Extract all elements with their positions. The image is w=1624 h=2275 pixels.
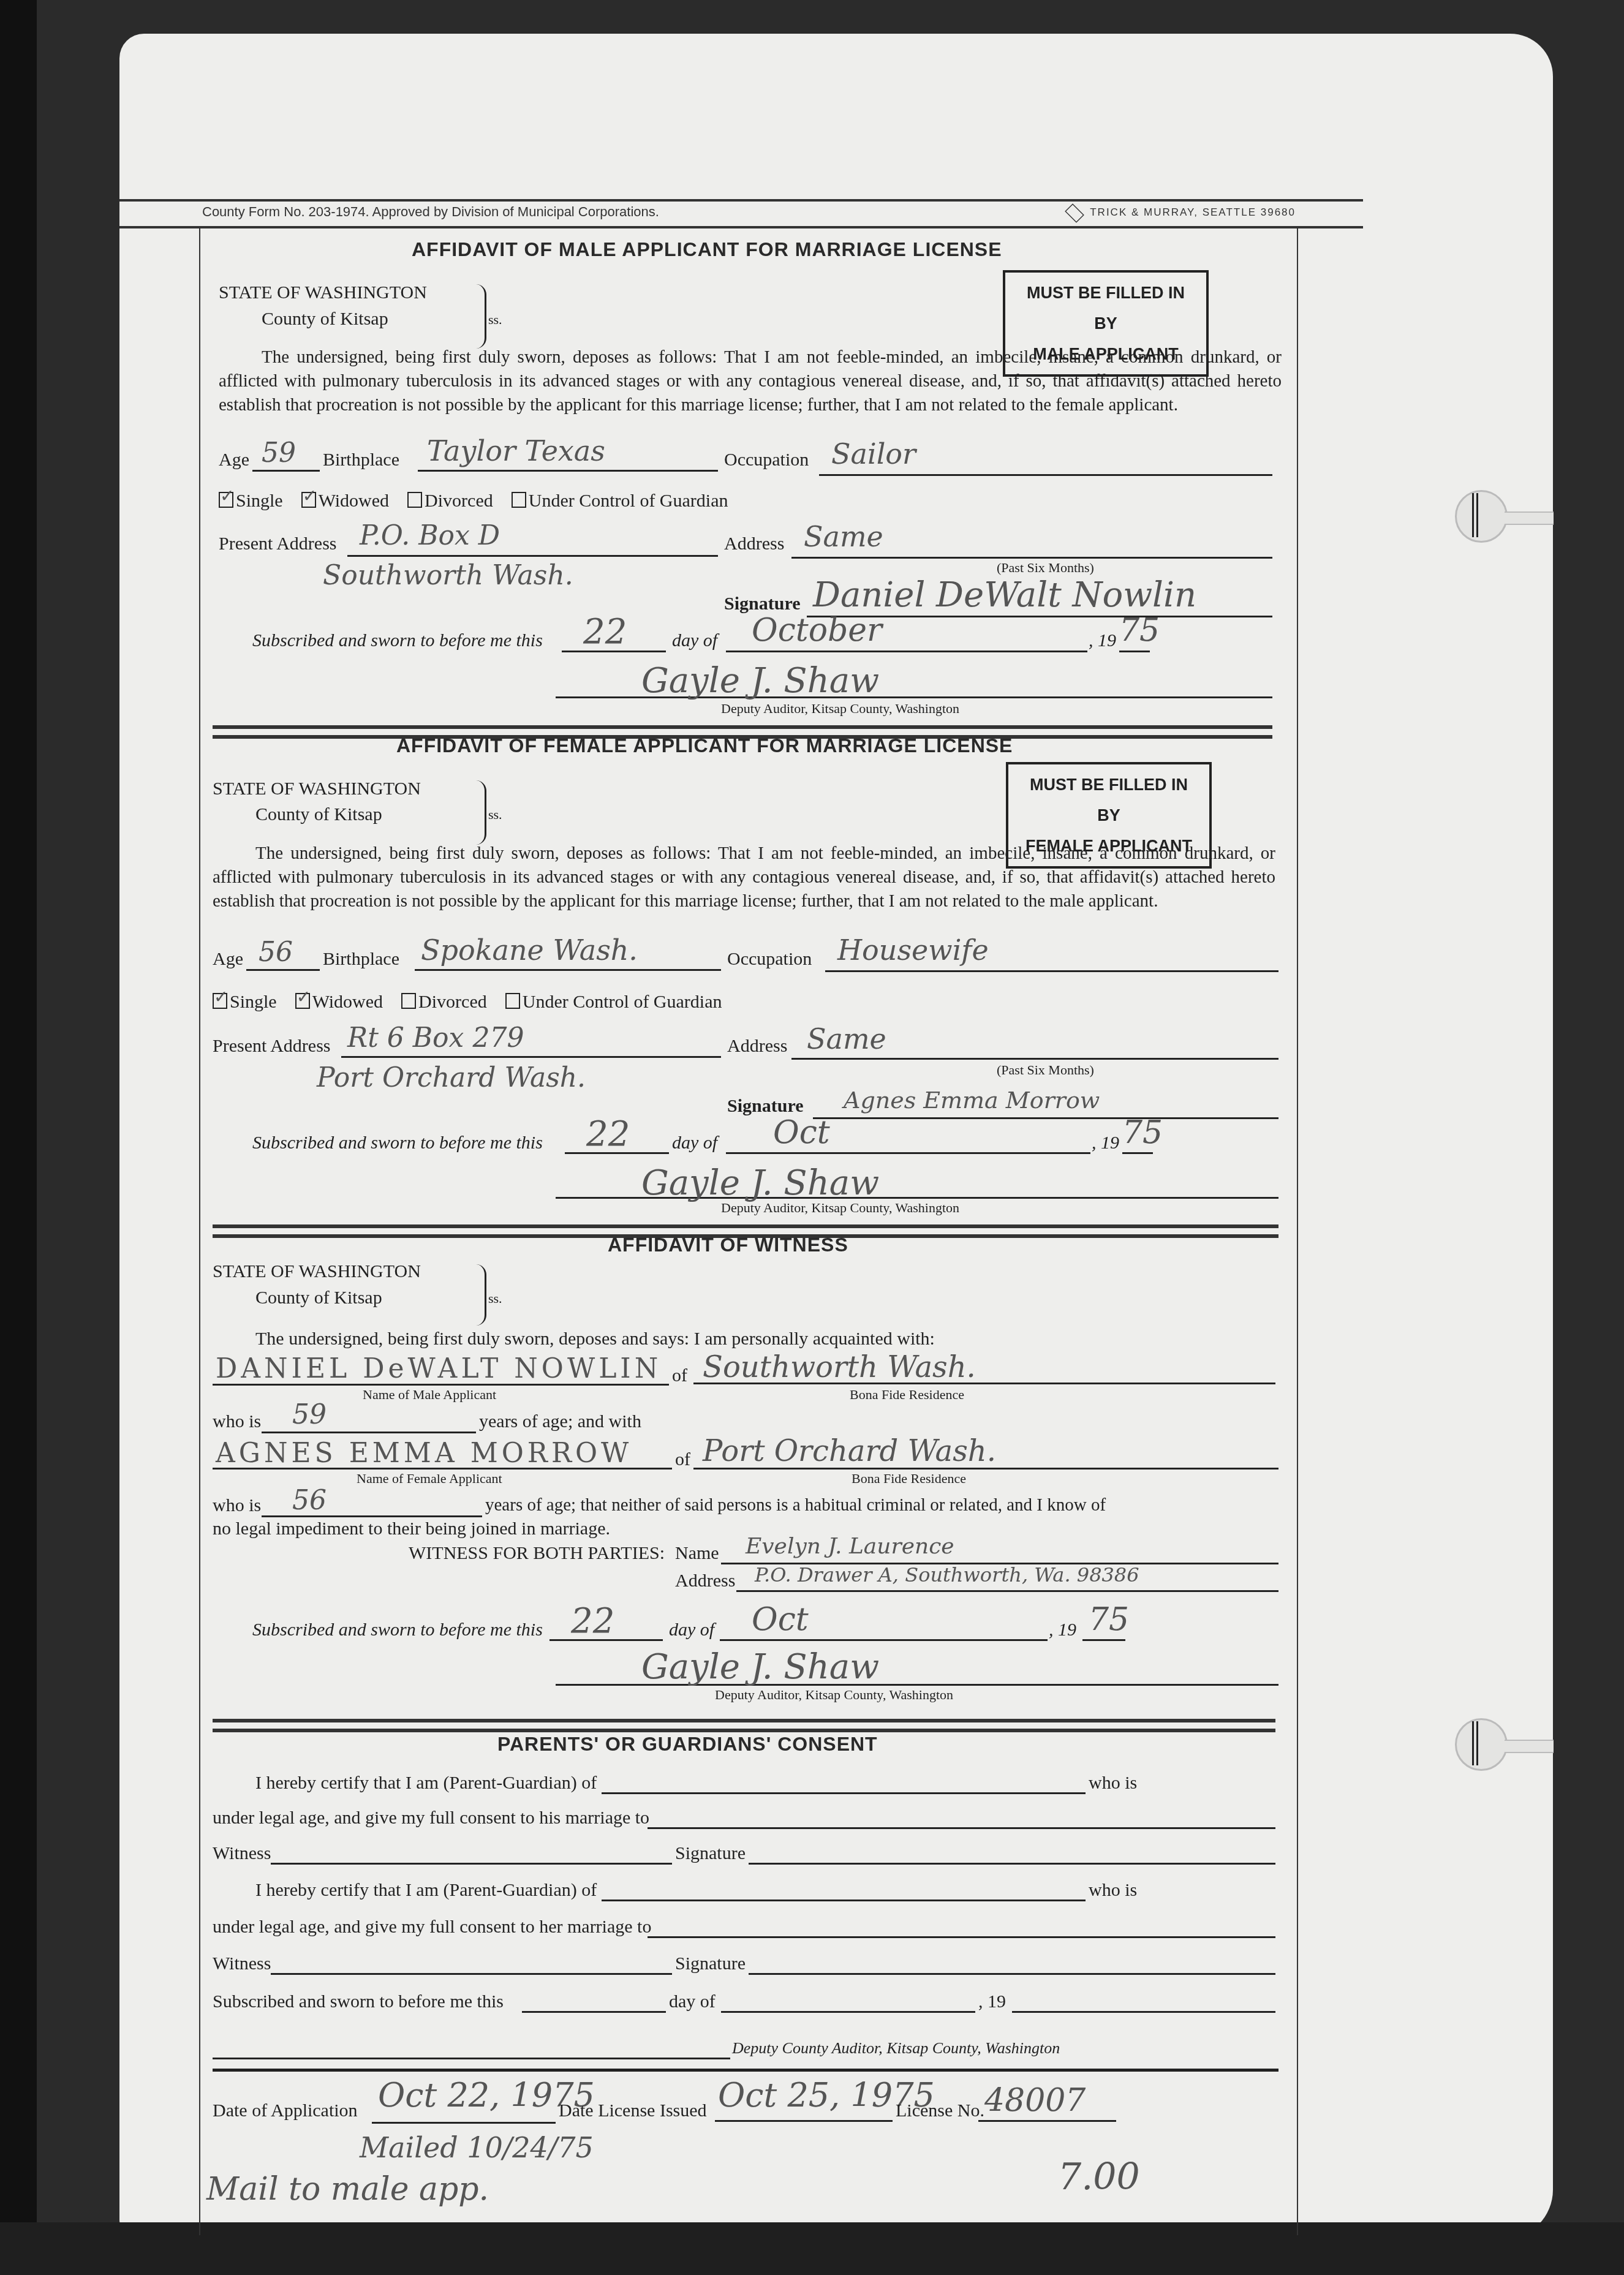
occupation-label: Occupation bbox=[724, 450, 809, 470]
age-label: Age bbox=[213, 949, 243, 970]
witness-sworn-year[interactable]: 75 bbox=[1089, 1601, 1129, 1638]
consent-spouse-name-field[interactable] bbox=[648, 1936, 1275, 1938]
license-number-field[interactable]: 48007 bbox=[984, 2082, 1086, 2119]
female-address-field[interactable]: Same bbox=[807, 1022, 886, 1055]
binder-ring-icon bbox=[1455, 1718, 1508, 1771]
consent-witness-field[interactable] bbox=[271, 1973, 672, 1975]
male-oath-text: The undersigned, being first duly sworn,… bbox=[219, 345, 1282, 417]
male-sworn-year[interactable]: 75 bbox=[1119, 612, 1160, 649]
fee-note: 7.00 bbox=[1058, 2156, 1140, 2198]
day-of-label: day of bbox=[669, 1620, 714, 1640]
year-prefix: , 19 bbox=[1092, 1133, 1119, 1153]
no-impediment-text: no legal impediment to their being joine… bbox=[213, 1519, 610, 1539]
consent-certify-text: I hereby certify that I am (Parent-Guard… bbox=[255, 1773, 597, 1794]
female-name-caption: Name of Female Applicant bbox=[357, 1471, 502, 1487]
sworn-label: Subscribed and sworn to before me this bbox=[252, 1620, 543, 1640]
male-signature[interactable]: Daniel DeWalt Nowlin bbox=[813, 575, 1196, 615]
binder-ring-icon bbox=[1455, 490, 1508, 543]
consent-day-field[interactable] bbox=[522, 2011, 666, 2013]
form-number: County Form No. 203-1974. Approved by Di… bbox=[202, 204, 659, 220]
witness-auditor-signature: Gayle J. Shaw bbox=[641, 1647, 879, 1687]
checkbox-widowed[interactable]: Widowed bbox=[301, 491, 389, 511]
consent-witness-field[interactable] bbox=[271, 1863, 672, 1865]
male-residence-field[interactable]: Southworth Wash. bbox=[703, 1350, 976, 1384]
signature-label: Signature bbox=[727, 1096, 803, 1117]
residence-caption: Bona Fide Residence bbox=[852, 1471, 966, 1487]
date-license-issued-label: Date License Issued bbox=[559, 2100, 707, 2121]
county-label: County of Kitsap bbox=[255, 1288, 382, 1308]
witness-label: Witness bbox=[213, 1953, 271, 1974]
consent-her-marriage-text: under legal age, and give my full consen… bbox=[213, 1917, 651, 1937]
male-auditor-signature: Gayle J. Shaw bbox=[641, 661, 879, 701]
who-is-label: who is bbox=[213, 1495, 261, 1516]
female-auditor-signature: Gayle J. Shaw bbox=[641, 1163, 879, 1203]
consent-child-name-field[interactable] bbox=[602, 1792, 1086, 1794]
past-six-months-note: (Past Six Months) bbox=[997, 1062, 1094, 1078]
female-sworn-year[interactable]: 75 bbox=[1122, 1114, 1163, 1151]
witness-address-field[interactable]: P.O. Drawer A, Southworth, Wa. 98386 bbox=[755, 1563, 1139, 1586]
past-six-months-note: (Past Six Months) bbox=[997, 560, 1094, 576]
male-present-address-field[interactable]: P.O. Box D bbox=[360, 520, 500, 551]
male-sworn-month[interactable]: October bbox=[752, 612, 882, 649]
day-of-label: day of bbox=[672, 630, 717, 651]
ss-label: ss. bbox=[488, 1291, 502, 1307]
male-occupation-field[interactable]: Sailor bbox=[831, 437, 916, 470]
witness-both-parties-label: WITNESS FOR BOTH PARTIES: bbox=[409, 1543, 665, 1564]
present-address-label: Present Address bbox=[213, 1036, 330, 1057]
checkbox-divorced[interactable]: Divorced bbox=[401, 992, 487, 1012]
male-address-field[interactable]: Same bbox=[804, 520, 883, 553]
day-of-label: day of bbox=[669, 1991, 716, 2012]
female-signature[interactable]: Agnes Emma Morrow bbox=[844, 1087, 1100, 1114]
auditor-title: Deputy Auditor, Kitsap County, Washingto… bbox=[715, 1687, 953, 1703]
age-label: Age bbox=[219, 450, 249, 470]
male-sworn-day[interactable]: 22 bbox=[583, 612, 627, 652]
witness-affidavit-title: AFFIDAVIT OF WITNESS bbox=[608, 1234, 848, 1256]
of-label: of bbox=[672, 1365, 687, 1386]
sworn-label: Subscribed and sworn to before me this bbox=[213, 1991, 504, 2012]
female-applicant-name-field[interactable]: AGNES EMMA MORROW bbox=[216, 1438, 632, 1469]
brace bbox=[476, 1264, 486, 1326]
deputy-county-auditor-title: Deputy County Auditor, Kitsap County, Wa… bbox=[732, 2039, 1060, 2058]
female-status-options: Single Widowed Divorced Under Control of… bbox=[213, 992, 722, 1013]
signature-label: Signature bbox=[675, 1953, 746, 1974]
year-prefix: , 19 bbox=[1049, 1620, 1076, 1640]
consent-spouse-name-field[interactable] bbox=[648, 1827, 1275, 1829]
state-label: STATE OF WASHINGTON bbox=[213, 779, 421, 799]
female-age-witness-field[interactable]: 56 bbox=[292, 1485, 327, 1516]
male-affidavit-title: AFFIDAVIT OF MALE APPLICANT FOR MARRIAGE… bbox=[412, 238, 1002, 261]
male-present-address-line2[interactable]: Southworth Wash. bbox=[323, 560, 573, 591]
checkbox-divorced[interactable]: Divorced bbox=[407, 491, 493, 511]
address-label: Address bbox=[727, 1036, 787, 1057]
union-label-icon bbox=[1065, 203, 1084, 223]
consent-his-marriage-text: under legal age, and give my full consen… bbox=[213, 1808, 649, 1828]
years-statement: years of age; that neither of said perso… bbox=[485, 1495, 1106, 1515]
ss-label: ss. bbox=[488, 312, 502, 328]
of-label: of bbox=[675, 1449, 690, 1470]
signature-label: Signature bbox=[675, 1843, 746, 1864]
checkbox-guardian[interactable]: Under Control of Guardian bbox=[505, 992, 722, 1012]
day-of-label: day of bbox=[672, 1133, 717, 1153]
address-label: Address bbox=[724, 534, 784, 554]
form-header-band: County Form No. 203-1974. Approved by Di… bbox=[119, 199, 1363, 228]
ss-label: ss. bbox=[488, 807, 502, 823]
witness-sworn-month[interactable]: Oct bbox=[752, 1601, 809, 1638]
female-sworn-day[interactable]: 22 bbox=[586, 1114, 630, 1154]
male-name-caption: Name of Male Applicant bbox=[363, 1387, 496, 1403]
consent-title: PARENTS' OR GUARDIANS' CONSENT bbox=[497, 1733, 878, 1756]
state-label: STATE OF WASHINGTON bbox=[219, 282, 427, 303]
birthplace-label: Birthplace bbox=[323, 949, 399, 970]
license-number-label: License No. bbox=[896, 2100, 984, 2121]
witness-intro-text: The undersigned, being first duly sworn,… bbox=[255, 1329, 935, 1349]
auditor-title: Deputy Auditor, Kitsap County, Washingto… bbox=[721, 1200, 959, 1216]
female-birthplace-field[interactable]: Spokane Wash. bbox=[421, 934, 638, 967]
checkbox-single[interactable]: Single bbox=[219, 491, 283, 511]
county-label: County of Kitsap bbox=[262, 309, 388, 330]
printer-imprint: TRICK & MURRAY, SEATTLE 39680 bbox=[1063, 205, 1296, 221]
consent-month-field[interactable] bbox=[721, 2011, 975, 2013]
witness-name-label: Name bbox=[675, 1543, 719, 1564]
checkbox-single[interactable]: Single bbox=[213, 992, 277, 1012]
year-prefix: , 19 bbox=[978, 1991, 1006, 2012]
years-and-with-label: years of age; and with bbox=[479, 1411, 641, 1432]
state-label: STATE OF WASHINGTON bbox=[213, 1261, 421, 1282]
brace bbox=[476, 780, 486, 845]
witness-sworn-day[interactable]: 22 bbox=[571, 1601, 614, 1641]
who-is-label: who is bbox=[1089, 1773, 1137, 1794]
year-prefix: , 19 bbox=[1089, 630, 1116, 651]
consent-signature-field[interactable] bbox=[749, 1863, 1275, 1865]
male-status-options: Single Widowed Divorced Under Control of… bbox=[219, 491, 728, 511]
occupation-label: Occupation bbox=[727, 949, 812, 970]
mailed-note: Mailed 10/24/75 bbox=[360, 2131, 594, 2164]
consent-certify-text: I hereby certify that I am (Parent-Guard… bbox=[255, 1880, 597, 1901]
auditor-title: Deputy Auditor, Kitsap County, Washingto… bbox=[721, 701, 959, 717]
consent-child-name-field[interactable] bbox=[602, 1900, 1086, 1901]
mail-to-note: Mail to male app. bbox=[206, 2171, 489, 2208]
who-is-label: who is bbox=[213, 1411, 261, 1432]
date-of-application-label: Date of Application bbox=[213, 2100, 358, 2121]
present-address-label: Present Address bbox=[219, 534, 336, 554]
female-present-address-field[interactable]: Rt 6 Box 279 bbox=[347, 1022, 524, 1054]
witness-address-label: Address bbox=[675, 1571, 735, 1591]
who-is-label: who is bbox=[1089, 1880, 1137, 1901]
marriage-license-form: AFFIDAVIT OF MALE APPLICANT FOR MARRIAGE… bbox=[199, 226, 1298, 2235]
consent-signature-field[interactable] bbox=[749, 1973, 1275, 1975]
female-sworn-month[interactable]: Oct bbox=[773, 1114, 830, 1151]
female-oath-text: The undersigned, being first duly sworn,… bbox=[213, 842, 1275, 913]
male-applicant-name-field[interactable]: DANIEL DeWALT NOWLIN bbox=[216, 1353, 662, 1384]
checkbox-widowed[interactable]: Widowed bbox=[295, 992, 383, 1012]
witness-label: Witness bbox=[213, 1843, 271, 1864]
male-age-witness-field[interactable]: 59 bbox=[292, 1399, 327, 1430]
residence-caption: Bona Fide Residence bbox=[850, 1387, 964, 1403]
female-present-address-line2[interactable]: Port Orchard Wash. bbox=[317, 1062, 586, 1093]
scan-left-edge bbox=[0, 0, 37, 2275]
witness-name-field[interactable]: Evelyn J. Laurence bbox=[746, 1534, 954, 1559]
section-divider bbox=[213, 1719, 1275, 1732]
male-age-field[interactable]: 59 bbox=[262, 437, 296, 469]
sworn-label: Subscribed and sworn to before me this bbox=[252, 1133, 543, 1153]
consent-year-field[interactable] bbox=[1012, 2011, 1275, 2013]
birthplace-label: Birthplace bbox=[323, 450, 399, 470]
brace bbox=[476, 284, 486, 349]
signature-label: Signature bbox=[724, 594, 800, 614]
checkbox-guardian[interactable]: Under Control of Guardian bbox=[512, 491, 728, 511]
sworn-label: Subscribed and sworn to before me this bbox=[252, 630, 543, 651]
female-occupation-field[interactable]: Housewife bbox=[837, 934, 989, 967]
male-birthplace-field[interactable]: Taylor Texas bbox=[427, 434, 605, 467]
county-label: County of Kitsap bbox=[255, 804, 382, 825]
female-residence-field[interactable]: Port Orchard Wash. bbox=[703, 1434, 996, 1468]
female-age-field[interactable]: 56 bbox=[259, 937, 293, 968]
female-affidavit-title: AFFIDAVIT OF FEMALE APPLICANT FOR MARRIA… bbox=[396, 734, 1013, 757]
